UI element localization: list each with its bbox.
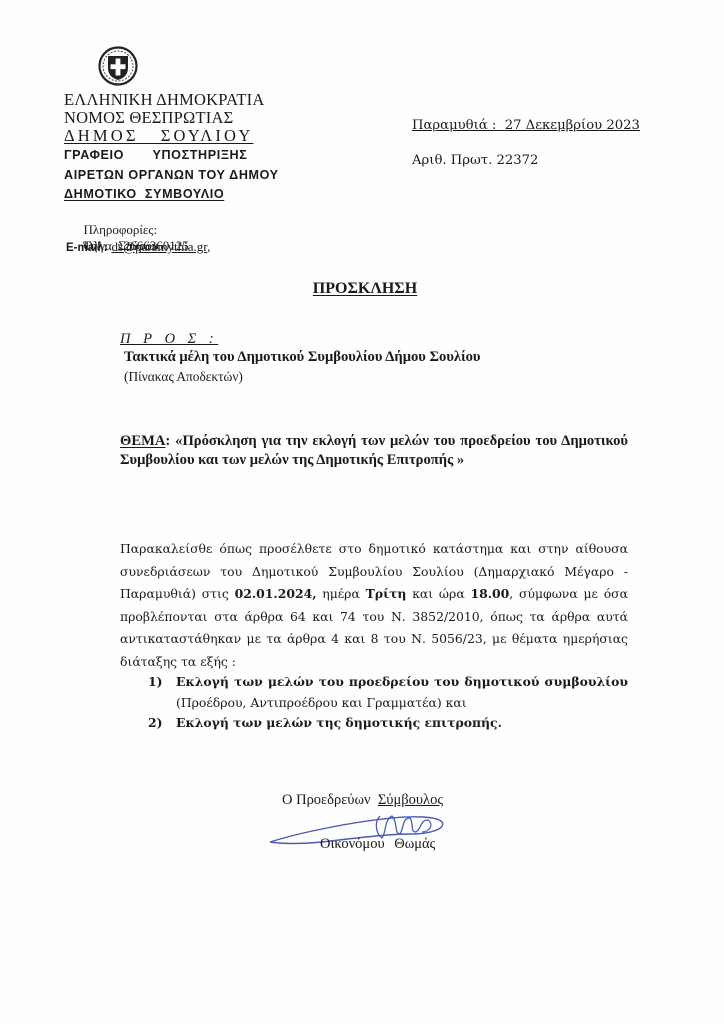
- place-label: Παραμυθιά :: [412, 118, 496, 133]
- email-label: E-mail :: [66, 242, 108, 254]
- recipients: Τακτικά μέλη του Δημοτικού Συμβουλίου Δή…: [124, 349, 480, 366]
- agenda-list: 1) Εκλογή των μελών του προεδρείου του δ…: [148, 672, 628, 734]
- document-date: 27 Δεκεμβρίου 2023: [505, 118, 640, 133]
- signatory-name: Οικονόμου Θωμάς: [320, 836, 435, 853]
- subject: ΘΕΜΑ: «Πρόσκληση για την εκλογή των μελώ…: [120, 432, 628, 470]
- meeting-date: 02.01.2024,: [235, 586, 317, 601]
- body-paragraph: Παρακαλείσθε όπως προσέλθετε στο δημοτικ…: [120, 538, 628, 673]
- agenda-item: 1) Εκλογή των μελών του προεδρείου του δ…: [148, 672, 628, 713]
- prefecture-name: ΝΟΜΟΣ ΘΕΣΠΡΩΤΙΑΣ: [64, 108, 233, 128]
- agenda-item: 2) Εκλογή των μελών της δημοτικής επιτρο…: [148, 713, 628, 734]
- signatory-role: Ο Προεδρεύων Σύμβουλος: [282, 792, 443, 809]
- document-page: ΕΛΛΗΝΙΚΗ ΔΗΜΟΚΡΑΤΙΑ ΝΟΜΟΣ ΘΕΣΠΡΩΤΙΑΣ ΔΗΜ…: [0, 0, 724, 1024]
- meeting-time: 18.00: [470, 586, 509, 601]
- email-line: E-mail : ds@paramythia.gr,: [66, 238, 210, 256]
- office-line-3: ΔΗΜΟΤΙΚΟ ΣΥΜΒΟΥΛΙΟ: [64, 187, 224, 201]
- recipients-note: (Πίνακας Αποδεκτών): [124, 369, 243, 385]
- greek-coat-of-arms-icon: [98, 46, 138, 86]
- municipality-name: ΔΗΜΟΣ ΣΟΥΛΙΟΥ: [64, 126, 253, 146]
- office-line-1: ΓΡΑΦΕΙΟ ΥΠΟΣΤΗΡΙΞΗΣ: [64, 148, 247, 162]
- date-line: Παραμυθιά : 27 Δεκεμβρίου 2023: [412, 118, 640, 133]
- country-name: ΕΛΛΗΝΙΚΗ ΔΗΜΟΚΡΑΤΙΑ: [64, 90, 264, 110]
- document-title: ΠΡΟΣΚΛΗΣΗ: [0, 280, 724, 298]
- email-link[interactable]: ds@paramythia.gr: [112, 239, 208, 254]
- office-line-2: ΑΙΡΕΤΩΝ ΟΡΓΑΝΩΝ ΤΟΥ ΔΗΜΟΥ: [64, 168, 279, 182]
- to-label: Π Ρ Ο Σ :: [120, 331, 218, 348]
- meeting-day: Τρίτη: [366, 586, 407, 601]
- subject-label: ΘΕΜΑ: [120, 433, 165, 449]
- protocol-number: Αριθ. Πρωτ. 22372: [412, 153, 538, 168]
- subject-text: : «Πρόσκληση για την εκλογή των μελών το…: [120, 433, 628, 468]
